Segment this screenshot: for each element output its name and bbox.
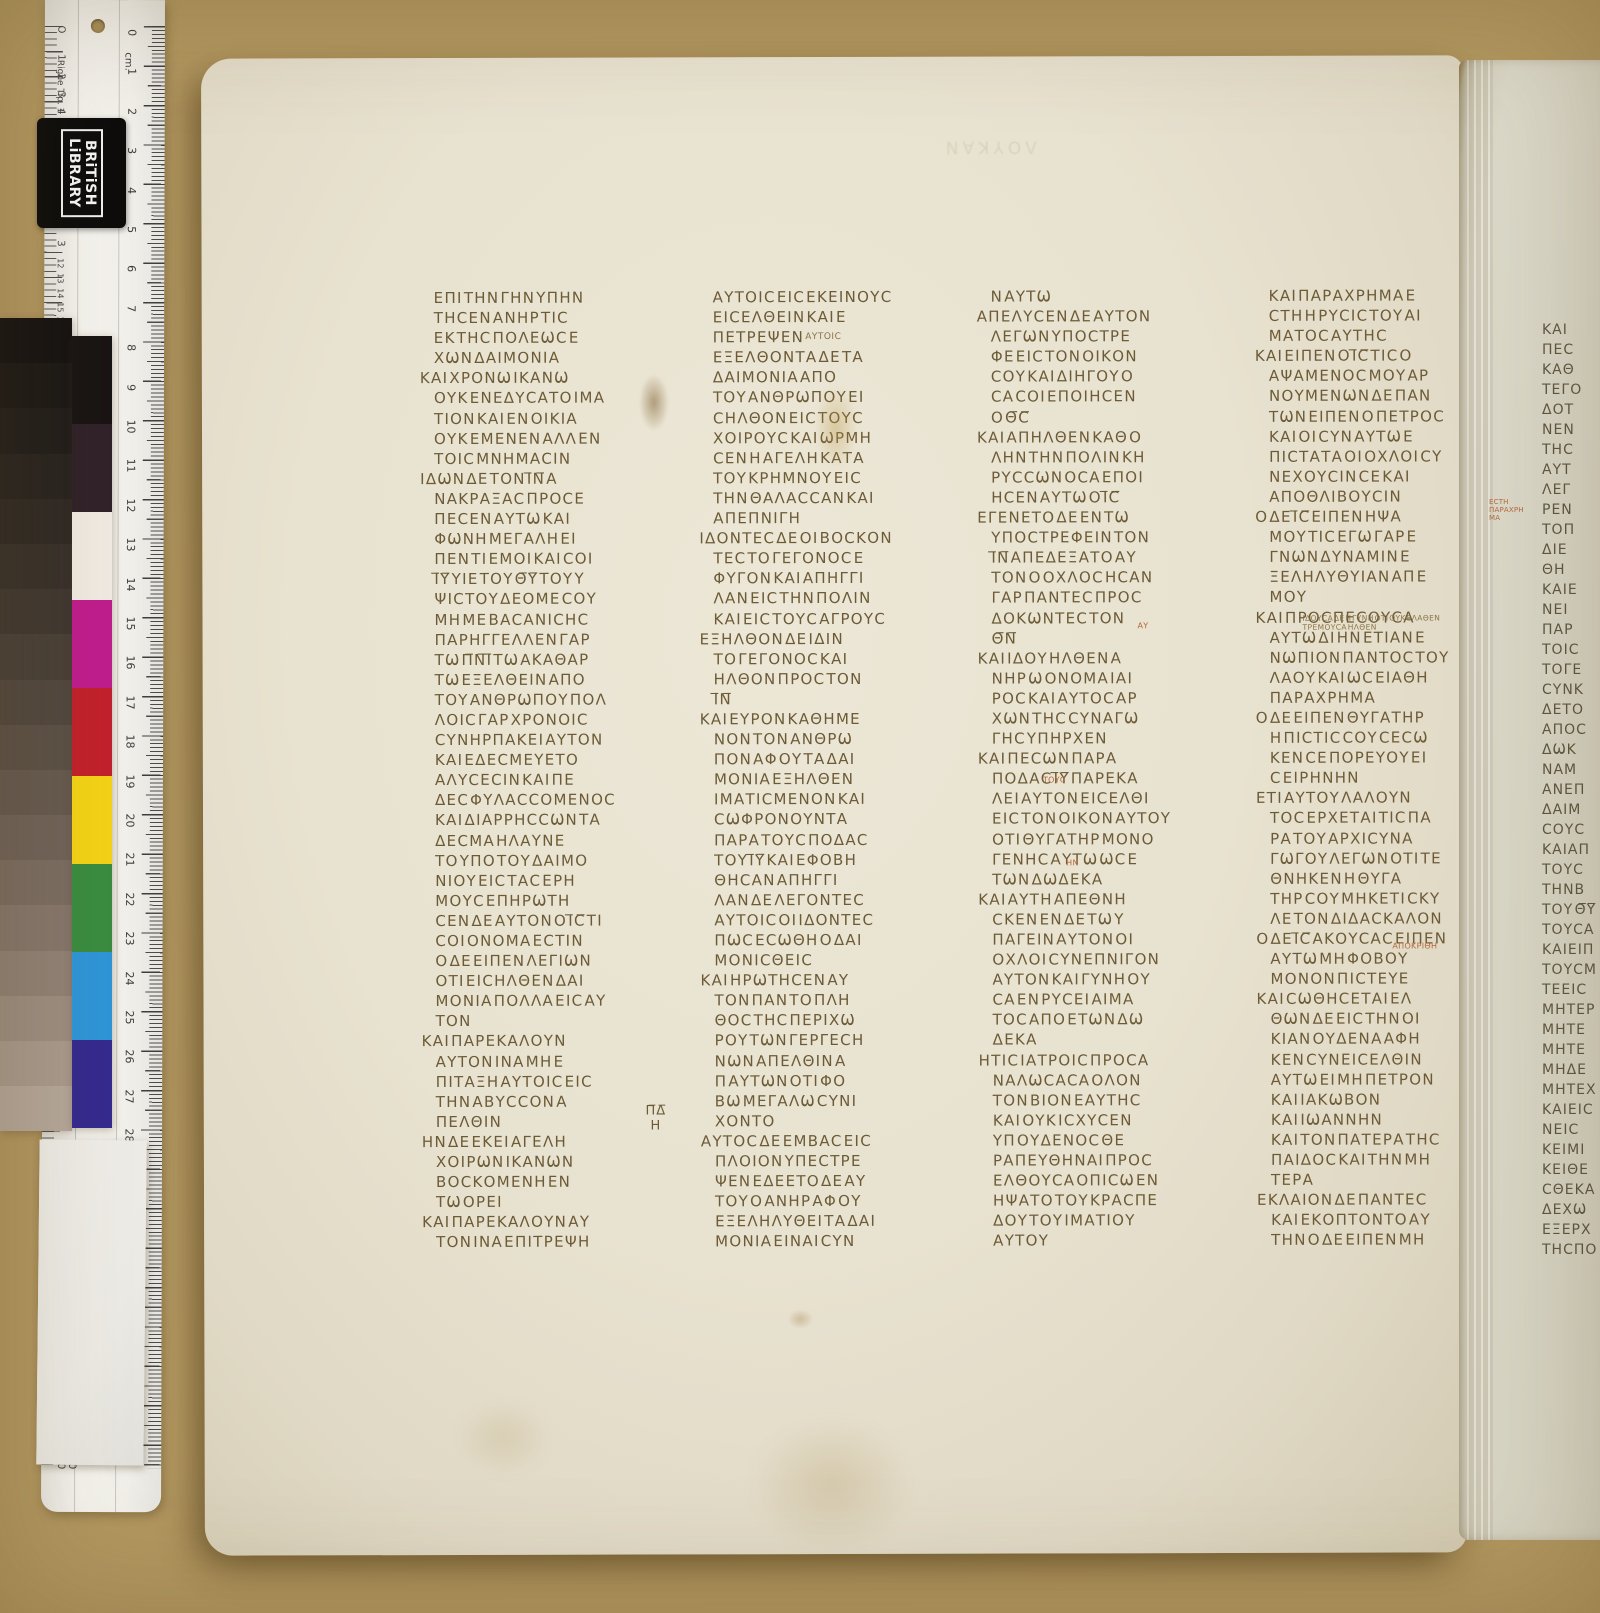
text-line: ΚΑΙ ΧΡΟΝѠ ΙΚΑΝѠ — [420, 368, 688, 389]
text-line: ϹΕΝ ΔΕ ΑΥΤΟΝ Ο Ι̅Ϲ̅ ΤΙ — [435, 910, 689, 931]
text-line: ϹѠΦΡΟΝΟΥΝΤΑ — [714, 809, 968, 830]
gray-step — [0, 725, 72, 770]
color-patch-red — [72, 688, 112, 776]
show-through-title: ΛΟΥΚΑΝ — [869, 136, 1109, 157]
text-line: Ι̅Ν̅ — [714, 689, 968, 710]
folio-edge-text-line: ΚΑΙΑΠ — [1542, 840, 1600, 860]
red-marginalia-line: ΜΑ — [1489, 514, 1524, 522]
text-line: ΚΑΙ ΕΥΡΟΝ ΚΑΘΗΜΕ — [700, 709, 968, 730]
folio-edge-text-line: ΤΟΥϹΑ — [1542, 920, 1600, 940]
gray-step — [0, 589, 72, 634]
gray-step — [0, 544, 72, 589]
ruler-cm-number: 13 — [124, 534, 137, 556]
folio-edge-text-line: ΤΟΓΕ — [1542, 660, 1600, 680]
text-line: ΤΟΥ Ο ΑΝΗΡ ΑΦ ΟΥ — [715, 1191, 969, 1212]
corrector-notes: ΑΥΤΟΥϹΗΝΑΠΟΚΡΙΘΗ — [201, 55, 1463, 58]
text-line: ΔΑΙΜΟΝΙΑ ΑΠΟ — [713, 367, 967, 388]
folio-edge-text-line: ΔΕΧѠ — [1542, 1200, 1600, 1220]
text-line: ΑΠΕΛΥϹΕΝ ΔΕ ΑΥΤΟΝ — [977, 306, 1245, 327]
text-line: ΧѠΝ ΤΗϹ ϹΥΝΑΓѠ — [992, 708, 1246, 729]
folio-edge-text-line: ΤΕΕΙϹ — [1542, 980, 1600, 1000]
folio-edge-text-line: ΔΕΤΟ — [1542, 700, 1600, 720]
folio-edge-text-line: ΤΟΠ — [1542, 520, 1600, 540]
ruler-hole — [91, 19, 105, 33]
text-line: ΤѠ ΕΞΕΛΘΕΙΝ ΑΠΟ — [435, 669, 689, 690]
ruler-cm-number: 19 — [123, 770, 136, 792]
text-line: ΟΤΙ ΘΥΓΑΤΗΡ ΜΟΝΟ — [992, 828, 1246, 849]
folio-edge-text-line: ΤΟΥ Θ̅Υ̅ — [1542, 900, 1600, 920]
gray-step — [0, 951, 72, 996]
text-line: ΦΕ ΕΙϹ ΤΟΝ ΟΙΚΟΝ — [991, 346, 1245, 367]
text-line: ΠΟΔΑϹ Ι̅Υ̅ ΠΑΡΕΚΑ — [992, 768, 1246, 789]
text-line: ΤΟΝ — [436, 1011, 690, 1032]
text-line: ΝѠΝ ΑΠΕΛΘΙΝ Α — [715, 1050, 969, 1071]
text-line: ΤΟΝ ΠΑΝ ΤΟ ΠΛΗ — [714, 990, 968, 1011]
manuscript-page: ΛΟΥΚΑΝ ΕΠΙ ΤΗΝ ΓΗΝ ΥΠΗΝΤΗϹΕΝ ΑΝΗΡ ΤΙϹΕΚ … — [201, 55, 1467, 1555]
ruler-cm-number: 9 — [124, 376, 137, 398]
text-line: ΡΟϹ ΚΑΙ ΑΥΤΟϹ ΑΡ — [992, 688, 1246, 709]
folio-edge-text-line: ϹΥΝΚ — [1542, 680, 1600, 700]
gray-step — [0, 996, 72, 1041]
text-line: ΤΟΝ ΒΙΟΝ ΕΑΥΤΗϹ — [993, 1090, 1247, 1111]
eusebian-section-note: Π̅Δ̅ Η — [641, 1103, 671, 1133]
text-line: ΜΟΝΙΑ ΕΞΗΛΘΕΝ — [714, 769, 968, 790]
text-line: ΘΗϹΑΝ ΑΠΗΓΓΙ — [714, 869, 968, 890]
text-line: ΛΕΓѠΝ ΥΠΟϹΤΡΕ — [991, 326, 1245, 347]
text-line: ϹΑ ϹΟΙ ΕΠΟΙΗϹΕΝ — [991, 386, 1245, 407]
folio-edge-text-line: ΚΑΙΕΙΠ — [1542, 940, 1600, 960]
text-line: ΨΙϹΤΟΥ ΔΕΟΜΕ ϹΟΥ — [434, 589, 688, 610]
text-line: ΤΟΥ Ι̅Υ̅ ΚΑΙ ΕΦΟΒΗ — [714, 849, 968, 870]
ruler-cm-number: 25 — [123, 1007, 136, 1029]
folio-edge-text-line: ΝΕΙ — [1542, 600, 1600, 620]
folio-edge-text-line: ΔΟΤ — [1542, 400, 1600, 420]
text-line: ΑΥΤΟΙϹ ΕΙϹ ΕΚΕΙΝΟΥϹ — [713, 287, 967, 308]
folio-edge-text-line: ΚΑΙΕ — [1542, 580, 1600, 600]
ruler-cm-number: 24 — [123, 967, 136, 989]
brand-line-library: LiBRARY — [66, 138, 82, 208]
ruler-left-number: 3 — [55, 233, 66, 253]
text-column-2: ΑΥΤΟΙϹ ΕΙϹ ΕΚΕΙΝΟΥϹΕΙϹΕΛΘΕΙΝ ΚΑΙ ΕΠΕΤΡΕΨ… — [699, 287, 970, 1252]
text-line: ΒΟϹΚΟΜΕΝΗ ΕΝ — [436, 1172, 690, 1193]
folio-edge-text-line: ϹΘΕΚΑ — [1542, 1180, 1600, 1200]
folio-edge-text-line: ΠΑΡ — [1542, 620, 1600, 640]
text-line: ΧΟΙΡѠΝ ΙΚΑΝѠΝ — [436, 1151, 690, 1172]
manuscript-photo-scene: ΛΟΥΚΑΝ ΕΠΙ ΤΗΝ ΓΗΝ ΥΠΗΝΤΗϹΕΝ ΑΝΗΡ ΤΙϹΕΚ … — [0, 0, 1600, 1613]
text-line: ΝΙΟΥ ΕΙϹ ΤΑϹ ΕΡΗ — [435, 870, 689, 891]
text-line: ϹΗΛΘΟΝ ΕΙϹ ΤΟΥϹ — [713, 407, 967, 428]
folio-edge-text-line: ΤΟΥϹ — [1542, 860, 1600, 880]
folio-edge-text-line: ΜΗΔΕ — [1542, 1060, 1600, 1080]
text-line: ΚΑΙ ΙΔΟΥ ΗΛΘΕΝ Α — [978, 648, 1246, 669]
folio-edge-text-line: ΜΗΤΕΧ — [1542, 1080, 1600, 1100]
text-line: ΔΟΚѠΝΤΕϹ ΤΟΝ — [991, 607, 1245, 628]
folio-edge-text-line: ΜΗΤΕ — [1542, 1020, 1600, 1040]
text-line: ΟΤΙ ΕΙϹΗΛΘΕΝ ΔΑΙ — [435, 971, 689, 992]
folio-edge-text-line: ϹΟΥϹ — [1542, 820, 1600, 840]
text-line: ΠΕΝ ΤΙ ΕΜΟΙ ΚΑΙ ϹΟΙ — [434, 549, 688, 570]
text-line: ΨΕΝ ΕΔΕΕΤΟ ΔΕ ΑΥ — [715, 1171, 969, 1192]
text-line: ΠΕΤΡΕΨΕΝ ΑΥΤΟΙϹ — [713, 327, 967, 348]
gray-step — [0, 1041, 72, 1086]
color-calibration-strip — [72, 336, 112, 1128]
text-line: Ι̅Υ̅ ΥΙΕ ΤΟΥ Θ̅Υ̅ ΤΟΥ Υ — [434, 569, 688, 590]
text-line: ϹΟΥ ΚΑΙ ΔΙΗΓΟΥ Ο — [991, 366, 1245, 387]
text-line: ϹΕΝ Η ΑΓΕΛΗ ΚΑΤΑ — [713, 447, 967, 468]
text-line: ΤΕϹ ΤΟ ΓΕΓΟΝΟϹ Ε — [713, 548, 967, 569]
gray-step — [0, 905, 72, 950]
gray-step — [0, 634, 72, 679]
british-library-logo: BRiTiSH LiBRARY — [61, 129, 103, 217]
text-line: ΔΕϹΜΑ ΗΛΑΥΝΕ — [435, 830, 689, 851]
text-line: ΚΑΙ ΔΙΑΡΡΗϹϹѠΝ ΤΑ — [435, 810, 689, 831]
text-line: ΤΟ ΓΕΓΟΝΟϹ ΚΑΙ — [714, 648, 968, 669]
text-line: ϹΚΕΝ ΕΝ ΔΕ ΤѠ Υ — [992, 909, 1246, 930]
text-line: ΠΑΓΕΙΝ ΑΥΤΟΝ ΟΙ — [992, 929, 1246, 950]
text-line: ΤΗϹΕΝ ΑΝΗΡ ΤΙϹ — [434, 307, 688, 328]
text-line: ΓΕΝΗϹ ΑΥΤѠ ѠϹ Ε — [992, 849, 1246, 870]
text-line: ΜΗ ΜΕ ΒΑϹΑΝΙϹΗϹ — [434, 609, 688, 630]
ruler-cm-number: 16 — [124, 652, 137, 674]
text-line: ΤΟϹ ΑΠΟ ΕΤѠΝ ΔѠ — [993, 1009, 1247, 1030]
text-line: ΟΧΛΟΙ ϹΥΝΕΠΝΙΓΟΝ — [992, 949, 1246, 970]
folio-edge-text-line: ΤΗΝΒ — [1542, 880, 1600, 900]
text-line: ΛΟΙϹ ΓΑΡ ΧΡΟΝΟΙϹ — [435, 709, 689, 730]
text-column-3: Ν ΑΥΤѠΑΠΕΛΥϹΕΝ ΔΕ ΑΥΤΟΝΛΕΓѠΝ ΥΠΟϹΤΡΕΦΕ Ε… — [977, 286, 1248, 1251]
ruler-cm-number: 12 — [124, 494, 137, 516]
color-patch-yellow — [72, 776, 112, 864]
text-line: ΝΑΛѠϹΑϹΑ ΟΛΟΝ — [993, 1070, 1247, 1091]
ruler-cm-number: 5 — [125, 219, 138, 241]
folio-edge-text-line: ΑΠΟϹ — [1542, 720, 1600, 740]
text-line: ΤΟΙϹ ΜΝΗΜΑϹΙΝ — [434, 448, 688, 469]
text-line: ΕΓΕΝΕΤΟ ΔΕ ΕΝ ΤѠ — [977, 507, 1245, 528]
text-line: ΤѠΝ ΔѠΔΕΚΑ — [992, 869, 1246, 890]
red-marginalia-line: ΕϹΤΗ — [1489, 498, 1524, 506]
text-line: ΚΑΙ ΕΔΕϹΜΕΥΕΤΟ — [435, 750, 689, 771]
british-library-tag: BRiTiSH LiBRARY — [37, 118, 126, 228]
text-line: ΙΔѠΝ ΔΕ ΤΟΝ Ι̅Ν̅ Α — [420, 468, 688, 489]
text-line: ΝΑΚΡΑΞΑϹ ΠΡΟϹΕ — [434, 488, 688, 509]
text-line: ΚΑΙ ΑΠΗΛΘΕΝ ΚΑΘ Ο — [977, 427, 1245, 448]
folio-edge-text-line: ΑΥΤ — [1542, 460, 1600, 480]
text-line: ΧΟΝΤΟ — [715, 1110, 969, 1131]
paper-label-strip — [36, 1139, 146, 1465]
ruler-left-number: O — [55, 19, 66, 39]
gray-step — [0, 815, 72, 860]
eusebian-canon-number: Η — [641, 1118, 671, 1133]
ruler-cm-number: 11 — [124, 455, 137, 477]
text-line: ΗΝ ΔΕ ΕΚΕΙ ΑΓΕΛΗ — [422, 1131, 690, 1152]
text-line: ϹΟΙ ΟΝΟΜΑ ΕϹΤΙΝ — [435, 930, 689, 951]
folio-edge-text-line: ΠΕϹ — [1542, 340, 1600, 360]
text-line: ΠΟΝ ΑΦ ΟΥ ΤΑ ΔΑΙ — [714, 749, 968, 770]
text-line: ΕΞΕΛΗΛΥΘΕΙ ΤΑ ΔΑΙ — [715, 1211, 969, 1232]
text-line: ΗΤΙϹ ΙΑΤΡΟΙϹ ΠΡΟϹΑ — [979, 1049, 1247, 1070]
text-line: ΔΕΚΑ — [993, 1029, 1247, 1050]
gray-step — [0, 408, 72, 453]
ruler-cm-number: 21 — [123, 849, 136, 871]
gray-step — [0, 454, 72, 499]
text-line: ΠΕϹΕΝ ΑΥΤѠ ΚΑΙ — [434, 508, 688, 529]
gray-step — [0, 860, 72, 905]
folio-edge-text-line: ΔΑΙΜ — [1542, 800, 1600, 820]
folio-edge-text-line: ΘΗ — [1542, 560, 1600, 580]
text-line: ΜΟΝΙΑ ΠΟΛΛΑ ΕΙϹ ΑΥ — [435, 991, 689, 1012]
text-line: ΑΥΤΟΝ ΙΝΑ ΜΗ Ε — [436, 1051, 690, 1072]
ruler-cm-number: 26 — [123, 1046, 136, 1068]
text-line: ΛΕΙ ΑΥΤΟΝ ΕΙϹΕΛΘΙ — [992, 788, 1246, 809]
stain — [454, 1398, 554, 1478]
text-line: ΧѠΝ ΔΑΙΜΟΝΙΑ — [434, 348, 688, 369]
text-line: ϹΑ ΕΝ ΡΥϹΕΙ ΑΙΜΑ — [992, 989, 1246, 1010]
red-correction: ΑΠΟΚΡΙΘΗ — [1392, 941, 1437, 950]
red-marginalia-line: ΠΑΡΑΧΡΗ — [1489, 506, 1524, 514]
text-line: ΥΠΟϹΤΡΕΦΕΙΝ ΤΟΝ — [991, 527, 1245, 548]
folio-edge-text-line: ΚΕΙΘΕ — [1542, 1160, 1600, 1180]
folio-edge-text-line: ΔѠΚ — [1542, 740, 1600, 760]
text-line: ΗΨΑΤΟ ΤΟΥ ΚΡΑϹΠΕ — [993, 1190, 1247, 1211]
text-line: ΠΑΡΑ ΤΟΥϹ ΠΟΔΑϹ — [714, 829, 968, 850]
folio-edge-text-line: ΝΕΝ — [1542, 420, 1600, 440]
text-line: Ο Θ̅Ϲ̅ — [991, 406, 1245, 427]
text-line: ΕΛΘΟΥϹΑ ΟΠΙϹѠ ΕΝ — [993, 1170, 1247, 1191]
text-line: ΕΞΗΛΘΟΝ ΔΕ ΙΔΙΝ — [700, 628, 968, 649]
text-line: Ο ΔΕ ΕΙΠΕΝ ΛΕΓΙѠΝ — [435, 950, 689, 971]
text-line: ΕΞΕΛΘΟΝΤΑ ΔΕ ΤΑ — [713, 347, 967, 368]
folio-edge-text-line: ΑΝΕΠ — [1542, 780, 1600, 800]
folio-edge-text-line: ΔΙΕ — [1542, 540, 1600, 560]
text-line: ΤΟ ΥΠΟ ΤΟΥ ΔΑΙΜΟ — [435, 850, 689, 871]
text-line: ΛΑΝ ΔΕ ΛΕΓΟΝΤΕϹ — [714, 889, 968, 910]
text-line: ΤΟΥ ΚΡΗΜΝΟΥ ΕΙϹ — [713, 467, 967, 488]
ruler-cm-number: 17 — [124, 691, 137, 713]
text-line: ΦΥΓΟΝ ΚΑΙ ΑΠΗΓΓΙ — [713, 568, 967, 589]
next-folio-edge: ΕϹΤΗ ΠΑΡΑΧΡΗ ΜΑ ΚΑΙΠΕϹΚΑΘΤΕΓΟΔΟΤΝΕΝΤΗϹΑΥ… — [1459, 60, 1600, 1540]
text-line: ΙΔΟΝΤΕϹ ΔΕ ΟΙ ΒΟϹΚΟΝ — [699, 528, 967, 549]
text-line: ΦѠΝΗ ΜΕΓΑΛΗ ΕΙ — [434, 529, 688, 550]
text-line: ΔΕϹ ΦΥΛΑϹϹΟΜΕΝΟϹ — [435, 790, 689, 811]
text-line: ΜΟΝΙϹΘΕΙϹ — [714, 950, 968, 971]
grayscale-calibration-strip — [0, 318, 72, 1131]
folio-edge-text-line: ΚΑΙΕΙϹ — [1542, 1100, 1600, 1120]
text-line: ΙΜΑΤΙϹΜΕΝΟΝ ΚΑΙ — [714, 789, 968, 810]
text-line: ΝΗΡ Ѡ ΟΝΟΜΑ ΙΑΙ — [992, 668, 1246, 689]
text-line: ΤΙΟΝ ΚΑΙ ΕΝ ΟΙΚΙΑ — [434, 408, 688, 429]
ruler-left-number: 1 — [55, 47, 66, 67]
text-line: ΚΑΙ ΟΥΚ ΙϹΧΥϹΕΝ — [993, 1110, 1247, 1131]
ruler-cm-number: 18 — [124, 731, 137, 753]
text-line: ΑΥΤΟΙϹ ΟΙ ΙΔΟΝΤΕϹ — [714, 910, 968, 931]
text-line: ΠΑΡΗΓΓΕΛΛΕΝ ΓΑΡ — [435, 629, 689, 650]
color-patch-magenta — [72, 600, 112, 688]
text-line: ΠΙΤΑΞΗ ΑΥΤΟΙϹ ΕΙϹ — [436, 1071, 690, 1092]
text-line: Ι̅Ν̅ ΑΠΕΔΕΞΑΤΟ ΑΥ — [991, 547, 1245, 568]
folio-edge-text-line: ΤΕΓΟ — [1542, 380, 1600, 400]
text-line: ΠѠϹ ΕϹѠΘΗ Ο ΔΑΙ — [714, 930, 968, 951]
text-line: ΟΥΚ ΕΜΕΝΕΝ ΑΛΛ ΕΝ — [434, 428, 688, 449]
ruler-cm-number: 3 — [125, 140, 138, 162]
text-line: ΡΑΠΕΥΘΗΝΑΙ ΠΡΟϹ — [993, 1150, 1247, 1171]
folio-edge-text-line: ΜΗΤΕΡ — [1542, 1000, 1600, 1020]
text-line: ΜΟΥϹ ΕΠΗΡѠΤΗ — [435, 890, 689, 911]
ruler-cm-number: 4 — [125, 179, 138, 201]
text-line: ΗΛΘΟΝ ΠΡΟϹ ΤΟΝ — [714, 668, 968, 689]
text-line: ΕΠΙ ΤΗΝ ΓΗΝ ΥΠΗΝ — [434, 287, 688, 308]
ruler-cm-number: 23 — [123, 928, 136, 950]
ruler-cm-number: 6 — [125, 258, 138, 280]
folio-edge-text-line: ΤΗϹ — [1542, 440, 1600, 460]
text-line: ΕΙϹΕΛΘΕΙΝ ΚΑΙ Ε — [713, 307, 967, 328]
text-line: ΚΑΙ ΠΑΡΕΚΑΛΟΥΝ — [422, 1031, 690, 1052]
ruler-cm-number: 27 — [123, 1085, 136, 1107]
folio-edge-text-line: ΛΕΓ — [1542, 480, 1600, 500]
text-line: ΟΥΚ ΕΝΕΔΥϹΑΤΟ ΙΜΑ — [434, 388, 688, 409]
folio-edge-text-line: ΤΟΙϹ — [1542, 640, 1600, 660]
ruler-cm-number: 10 — [124, 416, 137, 438]
color-patch-white — [72, 512, 112, 600]
text-line: ΠΛΟΙΟΝ ΥΠΕϹΤΡΕ — [715, 1151, 969, 1172]
text-line: ΛΗΝ ΤΗΝ ΠΟΛΙΝ ΚΗ — [991, 447, 1245, 468]
text-line: Π ΑΥΤѠΝ ΟΤΙ ΦΟ — [715, 1070, 969, 1091]
text-line: ΓΑΡ ΠΑΝΤΕϹ ΠΡΟϹ — [991, 587, 1245, 608]
text-line: ΑΥΤΟϹ ΔΕ ΕΜΒΑϹ ΕΙϹ — [701, 1131, 969, 1152]
text-line: ΑΥΤΟΝ ΚΑΙ ΓΥΝΗ ΟΥ — [992, 969, 1246, 990]
ruler-cm-number: 14 — [124, 573, 137, 595]
red-correction: ΤΟΥϹ — [1043, 775, 1066, 784]
text-line: ΤΗΝ ΘΑΛΑϹϹΑΝ ΚΑΙ — [713, 488, 967, 509]
color-patch-deep-maroon — [72, 424, 112, 512]
folio-edge-text-line: ΕΞΕΡΧ — [1542, 1220, 1600, 1240]
text-line: Ν ΑΥΤѠ — [991, 286, 1245, 307]
text-line: ΒѠ ΜΕΓΑΛѠ ϹΥΝΙ — [715, 1090, 969, 1111]
gray-step — [0, 770, 72, 815]
red-correction: ΗΝ — [1066, 858, 1079, 867]
folio-edge-text-line: ΜΗΤΕ — [1542, 1040, 1600, 1060]
folio-edge-text-line: ΝΑΜ — [1542, 760, 1600, 780]
text-line: ΧΟΙΡΟΥϹ ΚΑΙ ѠΡΜΗ — [713, 427, 967, 448]
gray-step — [0, 318, 72, 363]
folio-edge-text-line: ΚΑΘ — [1542, 360, 1600, 380]
text-line: ΓΗϹ ΥΠΗΡΧΕΝ — [992, 728, 1246, 749]
text-line: ΚΑΙ ΕΙϹ ΤΟΥϹ ΑΓΡΟΥϹ — [713, 608, 967, 629]
text-line: ΝΟΝ ΤΟΝ ΑΝΘΡѠ — [714, 729, 968, 750]
text-line: ΚΑΙ ΑΥΤΗ ΑΠΕΘΝΗ — [978, 889, 1246, 910]
folio-edge-text-line: ΤΗϹΠΟ — [1542, 1240, 1600, 1260]
color-patch-green — [72, 864, 112, 952]
gray-step — [0, 499, 72, 544]
stain — [747, 1415, 917, 1555]
text-line: ΤѠ ΟΡΕΙ — [436, 1192, 690, 1213]
text-line: ϹΥΝΗΡΠΑΚΕΙ ΑΥΤΟΝ — [435, 729, 689, 750]
text-line: ΘΟϹ ΤΗϹ ΠΕΡΙΧѠ — [715, 1010, 969, 1031]
folio-edge-text-line: ΚΑΙ — [1542, 320, 1600, 340]
folio-edge-text-column: ΚΑΙΠΕϹΚΑΘΤΕΓΟΔΟΤΝΕΝΤΗϹΑΥΤΛΕΓΡΕΝΤΟΠΔΙΕΘΗΚ… — [1542, 320, 1600, 1260]
inline-correction: ΑΥΤΟΙϹ — [805, 332, 841, 342]
text-line: ΚΑΙ ΗΡѠΤΗϹΕΝ ΑΥ — [700, 970, 968, 991]
text-line: ΔΟΥ ΤΟΥ ΙΜΑΤΙΟΥ — [993, 1210, 1247, 1231]
ruler-cm-number: 20 — [123, 810, 136, 832]
gray-step — [0, 680, 72, 725]
folio-edge-text-line: ΚΕΙΜΙ — [1542, 1140, 1600, 1160]
ruler-cm-number: 1 — [125, 61, 138, 83]
text-line: ΑΛΥϹΕϹΙΝ ΚΑΙ ΠΕ — [435, 770, 689, 791]
gray-step — [0, 1086, 72, 1131]
text-line: ΤΟΥ ΑΝΘΡѠΠΟΥ ΕΙ — [713, 387, 967, 408]
red-marginalia: ΕϹΤΗ ΠΑΡΑΧΡΗ ΜΑ — [1489, 498, 1524, 522]
text-line: ΤѠ Π̅Ν̅Ι̅ ΤѠ ΑΚΑΘΑΡ — [435, 649, 689, 670]
text-line: ΚΑΙ ΠΑΡΕΚΑΛΟΥΝ ΑΥ — [422, 1212, 690, 1233]
brand-line-british: BRiTiSH — [82, 138, 98, 208]
gray-step — [0, 363, 72, 408]
page-stack-lines — [1467, 60, 1493, 1540]
text-line: ΡΟΥ ΤѠΝ ΓΕΡΓΕϹΗ — [715, 1030, 969, 1051]
text-line: ΑΠΕΠΝΙΓΗ — [713, 508, 967, 529]
text-line: ΛΑΝ ΕΙϹ ΤΗΝ ΠΟΛΙΝ — [713, 588, 967, 609]
ruler-cm-number: 22 — [123, 888, 136, 910]
text-line: ΚΑΙ ΠΕϹѠΝ ΠΑΡΑ — [978, 748, 1246, 769]
text-line: ΕΙϹ ΤΟΝ ΟΙΚΟΝ ΑΥΤΟΥ — [992, 808, 1246, 829]
red-correction: ΑΥ — [1138, 621, 1149, 630]
ruler-cm-number: 15 — [124, 613, 137, 635]
eusebian-section-number: Π̅Δ̅ — [641, 1103, 671, 1118]
color-patch-indigo — [72, 1040, 112, 1128]
folio-edge-text-line: ΡΕΝ — [1542, 500, 1600, 520]
color-patch-black — [72, 336, 112, 424]
text-line: ΥΠ ΟΥΔΕΝΟϹ ΘΕ — [993, 1130, 1247, 1151]
text-line: ΑΥΤΟΥ — [993, 1230, 1247, 1251]
text-line: ΤΟΝ Ο ΟΧΛΟϹ ΗϹΑΝ — [991, 567, 1245, 588]
folio-edge-text-line: ΤΟΥϹΜ — [1542, 960, 1600, 980]
ruler-cm-number: 8 — [125, 337, 138, 359]
text-line: ΕΚ ΤΗϹ ΠΟΛΕѠϹ Ε — [434, 328, 688, 349]
color-patch-blue — [72, 952, 112, 1040]
text-line: ΤΟΥ ΑΝΘΡѠΠΟΥ ΠΟΛ — [435, 689, 689, 710]
folio-edge-text-line: ΝΕΙϹ — [1542, 1120, 1600, 1140]
stain — [787, 1309, 813, 1329]
text-line: ΡΥϹϹѠΝ ΟϹΑ ΕΠΟΙ — [991, 467, 1245, 488]
text-line: ΤΟΝ ΙΝΑ ΕΠΙΤΡΕΨΗ — [436, 1232, 690, 1253]
ruler-cm-number: 0 — [125, 22, 138, 44]
ruler-cm-number: 2 — [125, 100, 138, 122]
ruler-cm-number: 7 — [125, 297, 138, 319]
text-line: ΗϹΕΝ ΑΥΤѠ Ο Ι̅Ϲ̅ — [991, 487, 1245, 508]
text-line: ΜΟΝΙΑ ΕΙΝΑΙ ϹΥΝ — [715, 1231, 969, 1252]
text-line: Θ̅Ν̅ — [992, 628, 1246, 649]
